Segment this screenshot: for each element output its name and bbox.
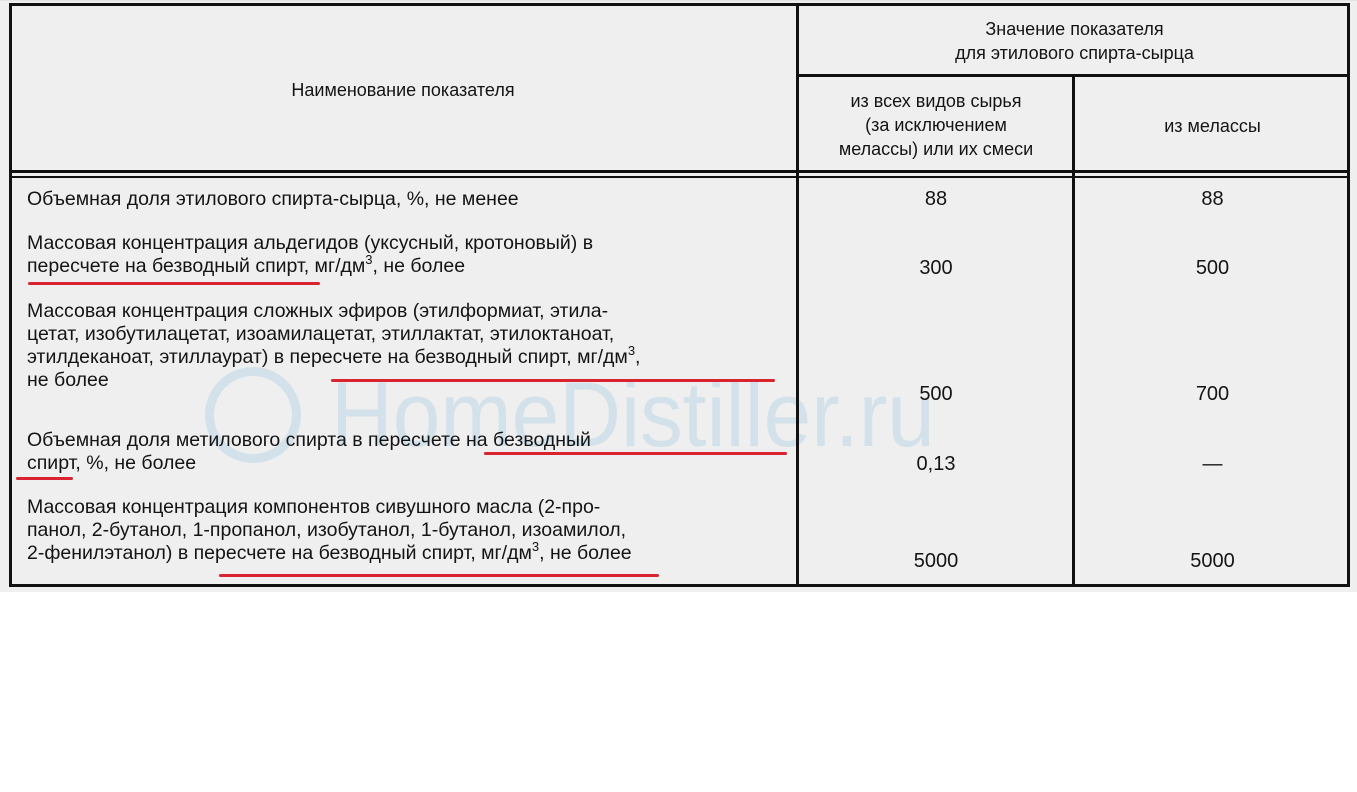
highlighted-text: в пересчете на безводный спирт, мг/дм xyxy=(274,346,628,368)
red-underline xyxy=(28,282,320,285)
header-sub1-line3: мелассы) или их смеси xyxy=(799,137,1073,161)
header-value-group: Значение показателя для этилового спирта… xyxy=(799,17,1350,65)
header-separator-bottom xyxy=(9,176,1350,178)
table-border-bottom xyxy=(9,584,1350,587)
header-sub1-line2: (за исключением xyxy=(799,113,1073,137)
red-underline xyxy=(484,452,787,455)
red-underline xyxy=(16,477,73,480)
table-cell-value-molasses: 500 xyxy=(1075,257,1350,280)
header-molasses: из мелассы xyxy=(1075,115,1350,138)
header-name-column: Наименование показателя xyxy=(9,79,797,102)
table-cell-value-all: 5000 xyxy=(799,550,1073,573)
table-cell-value-molasses: 5000 xyxy=(1075,550,1350,573)
table-cell-value-all: 300 xyxy=(799,257,1073,280)
table-cell-value-all: 500 xyxy=(799,383,1073,406)
spirit-indicators-table: Наименование показателя Значение показат… xyxy=(9,3,1350,587)
table-border-right xyxy=(1347,3,1350,587)
highlighted-text: пересчете на безводный спирт, мг/дм xyxy=(27,255,365,277)
group-header-separator xyxy=(796,74,1350,77)
table-cell-value-molasses: — xyxy=(1075,453,1350,476)
table-cell-value-all: 88 xyxy=(799,188,1073,211)
header-separator-top xyxy=(9,170,1350,173)
table-cell-value-all: 0,13 xyxy=(799,453,1073,476)
header-all-raw-materials: из всех видов сырья (за исключением мела… xyxy=(799,89,1073,161)
table-row-label: Массовая концентрация компонентов сивушн… xyxy=(27,496,783,565)
highlighted-text: спирт, % xyxy=(27,452,104,474)
red-underline xyxy=(219,574,659,577)
header-group-line1: Значение показателя xyxy=(799,17,1350,41)
header-group-line2: для этилового спирта-сырца xyxy=(799,41,1350,65)
highlighted-text: пересчете на безводный xyxy=(368,429,591,451)
red-underline xyxy=(331,379,775,382)
table-row-label: Объемная доля этилового спирта-сырца, %,… xyxy=(27,188,783,211)
table-cell-value-molasses: 88 xyxy=(1075,188,1350,211)
table-border-top xyxy=(9,3,1350,6)
table-cell-value-molasses: 700 xyxy=(1075,383,1350,406)
header-sub1-line1: из всех видов сырья xyxy=(799,89,1073,113)
highlighted-text: в пересчете на безводный спирт, мг/дм xyxy=(178,542,532,564)
table-row-label: Массовая концентрация альдегидов (уксусн… xyxy=(27,232,783,278)
